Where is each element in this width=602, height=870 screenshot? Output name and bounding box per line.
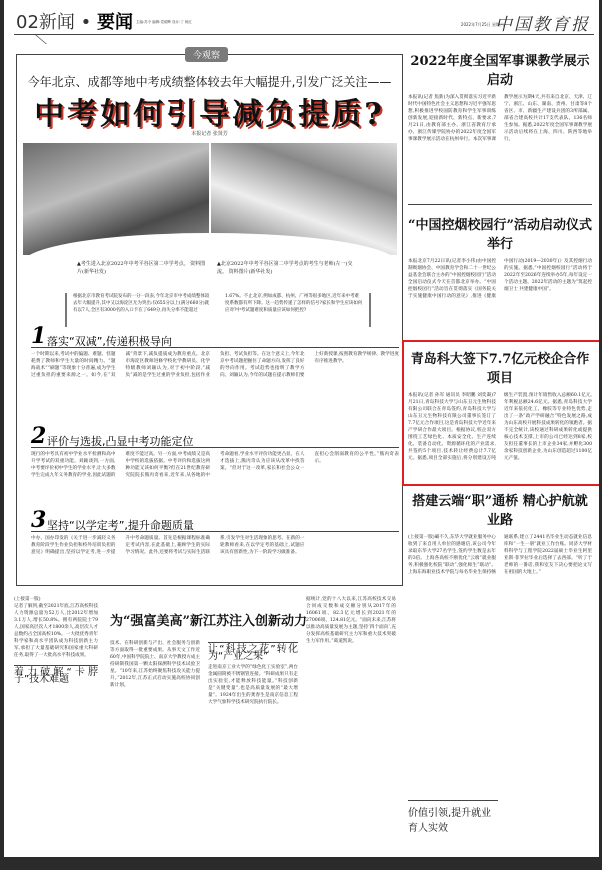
continued-col-4: 据统计,党的十八大以来,江苏高校技术交易合同成交数和成交额分别从2017年的16…: [306, 596, 396, 851]
subhead-tech-flower: 让“科技之花”转化为“产业之果”: [208, 642, 298, 660]
story-headline: 2022年度全国军事课教学展示启动: [408, 50, 592, 88]
photo-caption-1: ▲考生进入北京2022年中考平谷区第二中学考点。 资料图片(新华社发): [77, 260, 207, 276]
section-title: 评价与选拔,凸显中考功能定位: [47, 433, 194, 449]
story-body: (上接第一版)确不久,东华大学就业服务中心收到了来自用人单位的感谢信,该公司今年…: [408, 534, 592, 794]
story-headline: 搭建云端“职”通桥 精心护航就业路: [408, 490, 592, 528]
newspaper-page: 02新闻 • 要闻 主编:苏令 编辑:党朝辉 设计:丁 杨红 2022年7月25…: [4, 0, 599, 857]
lead-summary: 根据北京市教育考试院发布的一分一段表,今年北京市中考成绩整体较去年大幅提升,其中…: [65, 293, 371, 327]
continued-headline: 为“强富美高”新江苏注入创新动力: [110, 610, 310, 629]
lead-headline: 中考如何引导减负提质?: [17, 89, 402, 133]
story-subhead: 价值引领,提升就业育人实效: [408, 800, 498, 834]
story-body: 本报北京7月22日讯(记者李小伟)由中国控制吸烟协会、中国教育学会和二十一世纪公…: [408, 258, 592, 344]
story-qingdao-university: 青岛科大签下7.7亿元校企合作项目 本报讯(记者 孙军 通讯员 李昭鹏 刘奕凝)…: [408, 344, 592, 496]
continued-col-3: 让“科技之花”转化为“产业之果” 走进南京工业大学的“绿色化工实验室”,两台金属…: [208, 636, 298, 850]
lead-story-box: 今观察 今年北京、成都等地中考成绩整体较去年大幅提升,引发广泛关注—— 中考如何…: [16, 54, 403, 586]
header-notch-decoration: [34, 34, 69, 44]
story-headline: 青岛科大签下7.7亿元校企合作项目: [408, 348, 592, 386]
section-body-2: 现行的中考具有初中学业水平检测和高中升学考试的双重功能。刘颖谈到,一方面,中考要…: [31, 451, 399, 507]
section-number: 2: [31, 423, 46, 449]
story-body: 本报讯(记者 孙军 通讯员 李昭鹏 刘奕凝)7月21日,青岛科技大学与山东丑元生…: [408, 392, 592, 496]
section-heading-3: 3 坚持“以学定考”,提升命题质量: [31, 515, 399, 532]
section-title: 坚持“以学定考”,提升命题质量: [47, 517, 194, 533]
story-employment: 搭建云端“职”通桥 精心护航就业路 (上接第一版)确不久,东华大学就业服务中心收…: [408, 486, 592, 838]
column-divider: [408, 204, 592, 205]
section-number: 3: [31, 507, 46, 533]
continued-story: (上接第一版) 记者了解到,截至2021年底,江苏高校科技人力资源总量为52万人…: [14, 596, 398, 851]
story-military-course: 2022年度全国军事课教学展示启动 本报讯(记者 焦新)为深入贯彻落实习近平新时…: [408, 46, 592, 182]
story-body: 本报讯(记者 焦新)为深入贯彻落实习近平新时代中国特色社会主义思想和习近平强军思…: [408, 94, 592, 182]
section-body-3: 中办、国办印发的《关于进一步减轻义务教育阶段学生作业负担和校外培训负担的意见》明…: [31, 535, 399, 581]
section-number: 1: [31, 323, 46, 349]
story-tobacco-control: “中国控烟校园行”活动启动仪式举行 本报北京7月22日讯(记者李小伟)由中国控制…: [408, 210, 592, 344]
photo-caption-2: ▲北京2022年中考平谷区第二中学考点的考生与老师(左一)交流。 资料图片(新华…: [217, 260, 357, 276]
continued-col-1: (上接第一版) 记者了解到,截至2021年底,江苏高校科技人力资源总量为52万人…: [14, 596, 98, 851]
section-name: 新闻: [39, 12, 75, 33]
section-heading-2: 2 评价与选拔,凸显中考功能定位: [31, 431, 399, 448]
section-title: 落实“双减”,传递积极导向: [47, 333, 172, 349]
subhead-chokepoint: 着力破解“卡脖子”技术难题: [14, 665, 98, 683]
subsection-name: 要闻: [97, 12, 133, 33]
lead-byline: 本报记者 张贤芳: [17, 130, 402, 137]
editors-credit: 主编:苏令 编辑:党朝辉 设计:丁 杨红: [136, 20, 192, 25]
masthead-logo: 中国教育报: [495, 10, 590, 35]
continued-text-3: 走进南京工业大学的“绿色化工实验室”,两台金属圆筒被不锈钢管连接。“科研成果只有…: [208, 664, 298, 706]
page-section-label: 02新闻 • 要闻: [16, 8, 133, 34]
continued-col-2: 技术、在科研创新与产出、社会服务与创新等方面取得一批重要成果。从事天文工作近60…: [110, 640, 200, 850]
observation-tag: 今观察: [185, 47, 228, 62]
section-body-1: 一个时期以来,考试中的偏题、难题、怪题耗费了教师和学生大量的时间精力。“题海战术…: [31, 351, 399, 421]
section-heading-1: 1 落实“双减”,传递积极导向: [31, 331, 399, 348]
continued-label: (上接第一版): [14, 596, 98, 603]
story-headline: “中国控烟校园行”活动启动仪式举行: [408, 214, 592, 252]
continued-text-1: 记者了解到,截至2021年底,江苏高校科技人力资源总量为52万人,比2012年增…: [14, 603, 98, 659]
page-header: 02新闻 • 要闻 主编:苏令 编辑:党朝辉 设计:丁 杨红 2022年7月25…: [14, 8, 594, 35]
page-number: 02: [16, 12, 39, 33]
lead-kicker: 今年北京、成都等地中考成绩整体较去年大幅提升,引发广泛关注——: [17, 73, 402, 90]
